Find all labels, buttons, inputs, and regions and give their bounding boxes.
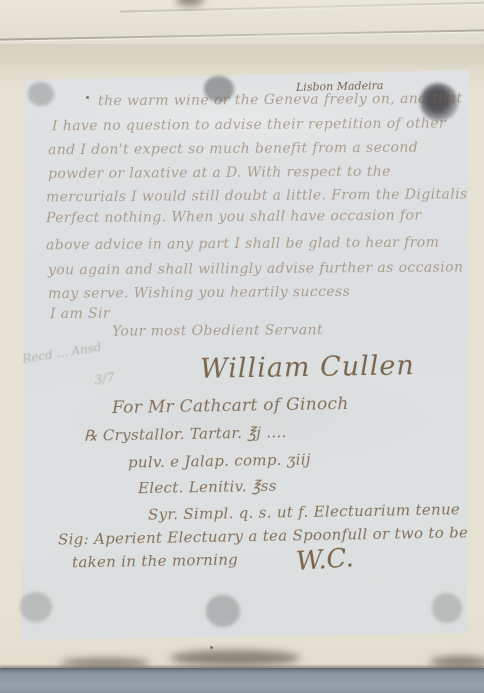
ink-blot-top-left <box>28 82 54 106</box>
page-crease-top <box>120 1 484 12</box>
ink-blot-bottom-right <box>432 593 462 623</box>
prescription-heading: For Mr Cathcart of Ginoch <box>112 394 349 418</box>
body-line: and I don't expect so much benefit from … <box>48 140 418 159</box>
body-line: above advice in any part I shall be glad… <box>46 235 439 254</box>
top-edge-smudge <box>176 0 204 6</box>
body-line: the warm wine or the Geneva freely on, a… <box>98 91 463 110</box>
body-line: Perfect nothing. When you shall have occ… <box>46 208 422 227</box>
bottom-soot-smudge <box>170 650 300 666</box>
page-crease-upper <box>0 29 484 41</box>
body-line: may serve. Wishing you heartily success <box>48 284 350 302</box>
initials: W.C. <box>295 543 355 577</box>
prescription-signa: taken in the morning <box>72 551 238 572</box>
prescription-line: ℞ Crystallor. Tartar. ℥j .... <box>84 423 287 445</box>
prescription-line: Elect. Lenitiv. ℥ss <box>138 477 277 497</box>
table-strip <box>0 668 484 693</box>
dirt-speck <box>86 96 89 99</box>
body-line: mercurials I would still doubt a little.… <box>46 187 468 206</box>
prescription-line: pulv. e Jalap. comp. ʒiij <box>128 450 311 471</box>
signature: William Cullen <box>200 350 415 385</box>
closing-salutation: I am Sir <box>50 306 110 322</box>
body-line: powder or laxative at a D. With respect … <box>48 164 391 182</box>
body-line: you again and shall willingly advise fur… <box>48 260 463 279</box>
fold-shadow <box>0 44 484 70</box>
manuscript-photo: Lisbon Madeira the warm wine or the Gene… <box>0 0 484 693</box>
body-line: I have no question to advise their repet… <box>52 116 446 135</box>
dirt-speck <box>210 646 213 649</box>
ink-blot-bottom-left <box>20 592 52 622</box>
ink-blot-bottom-center <box>206 595 240 627</box>
closing-valediction: Your most Obedient Servant <box>112 322 323 339</box>
